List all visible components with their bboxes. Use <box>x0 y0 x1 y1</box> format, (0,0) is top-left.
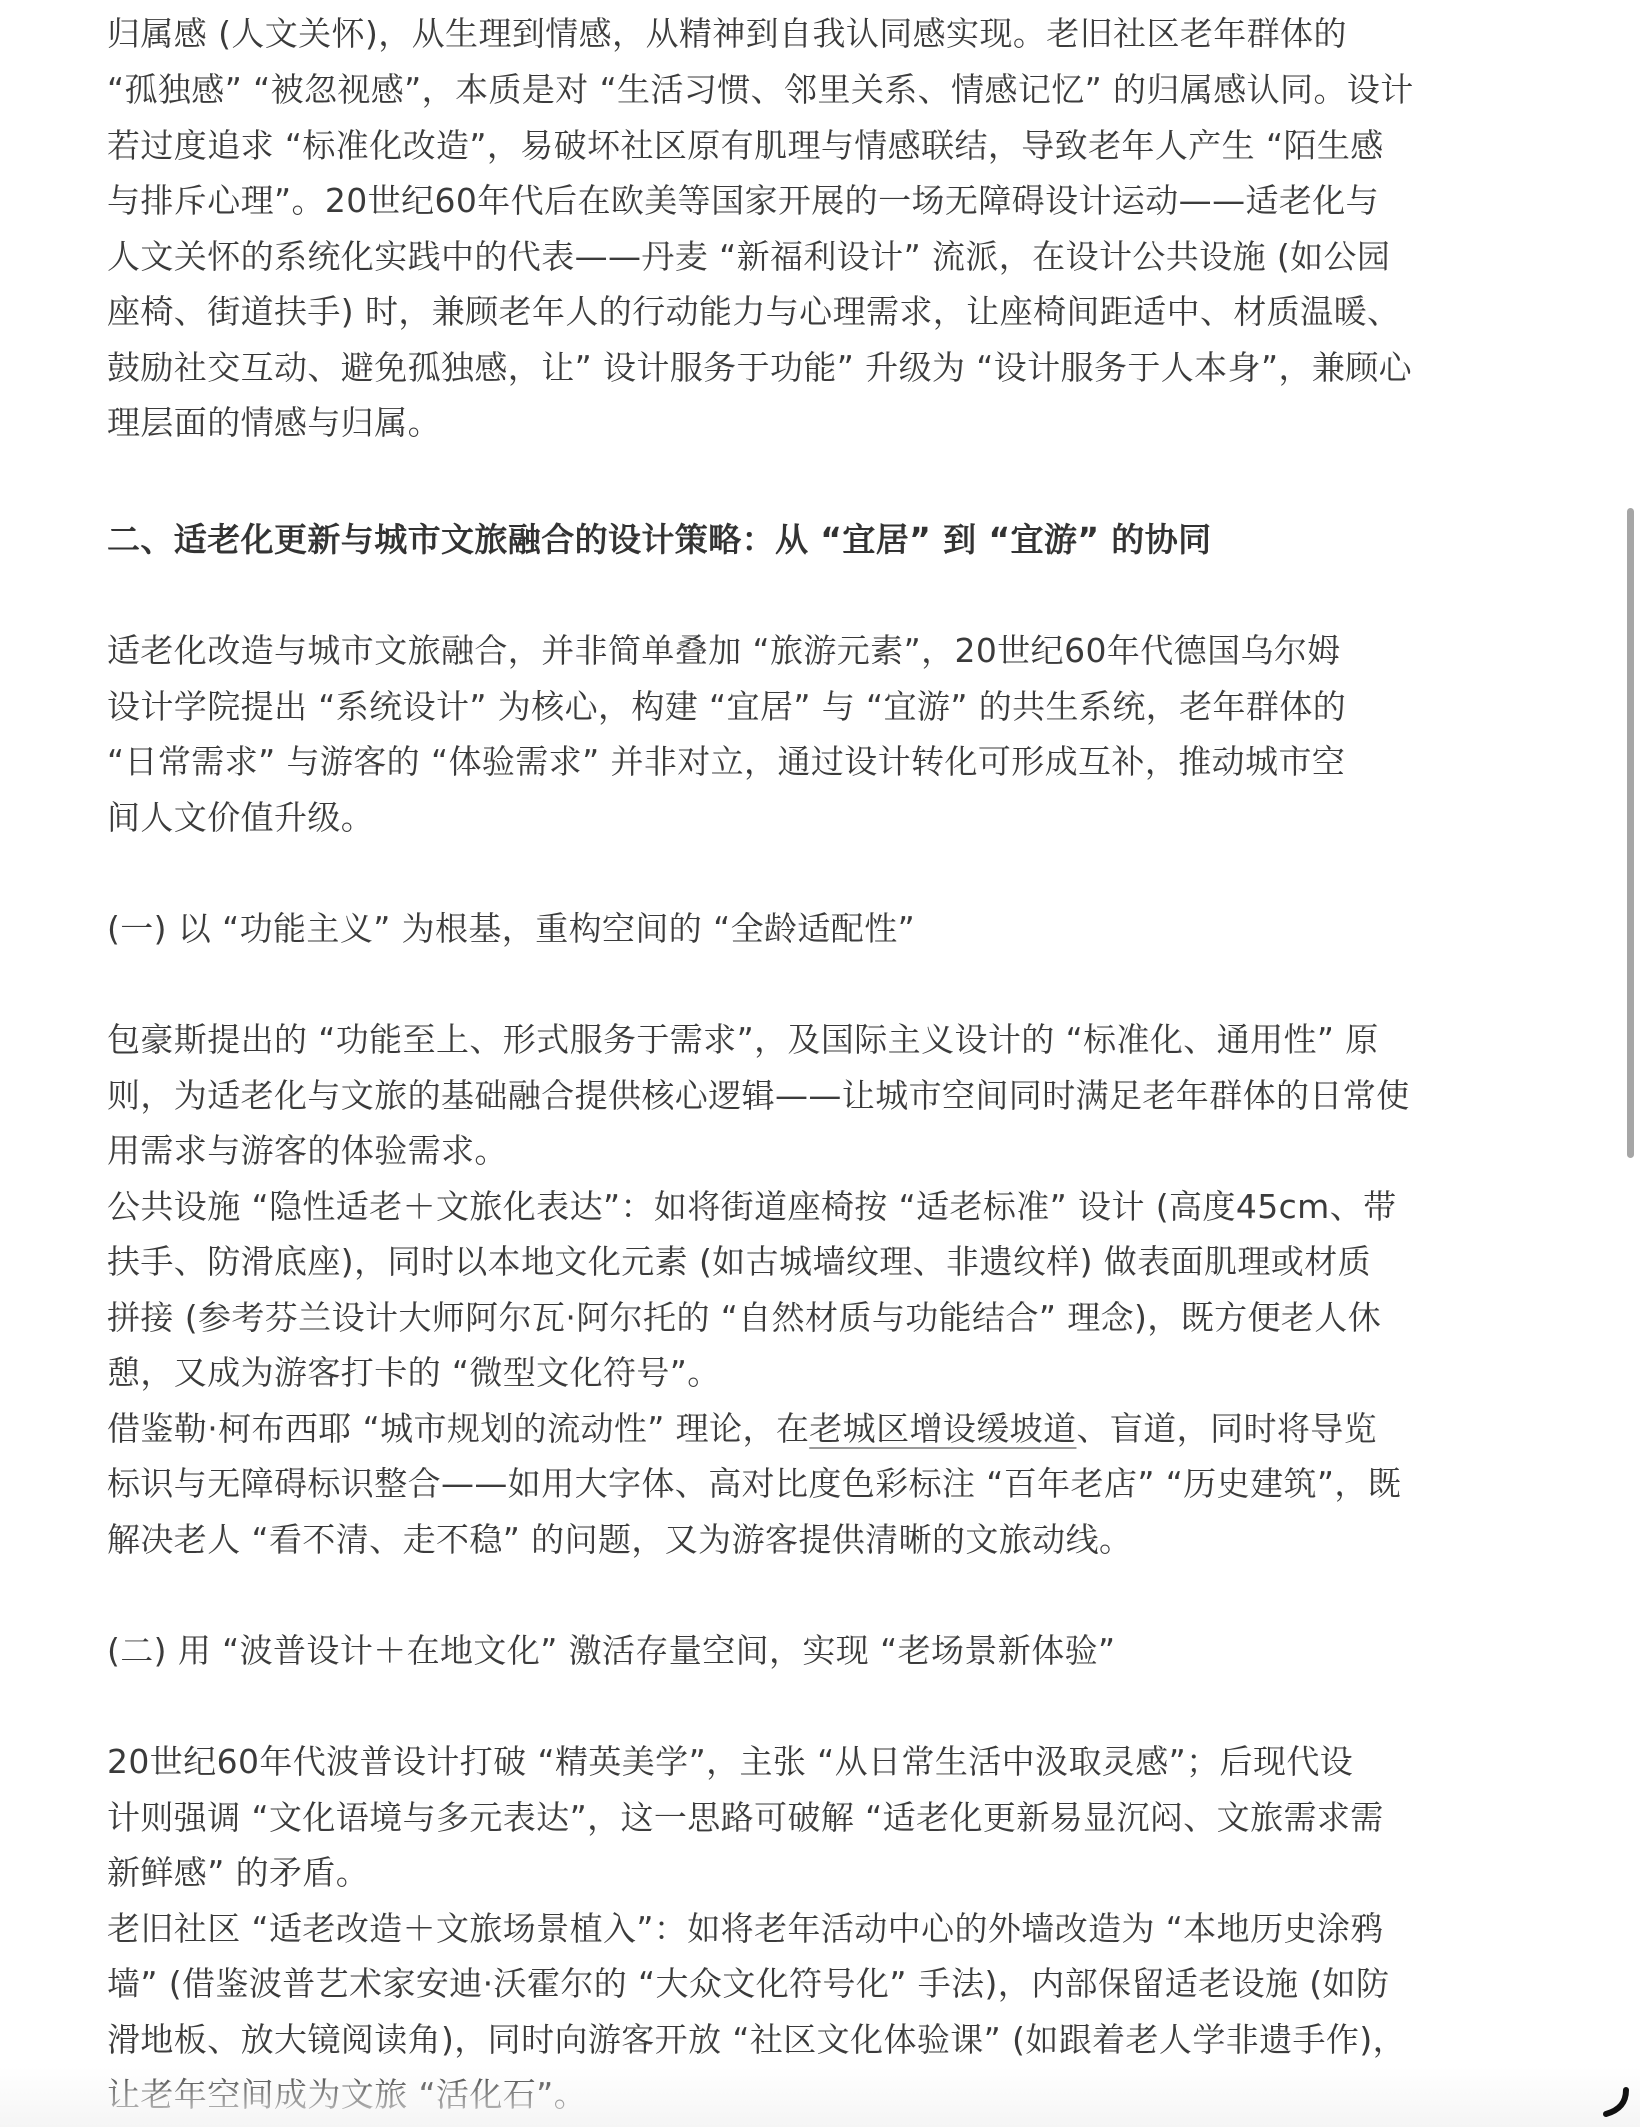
text-line: 理层面的情感与归属。 <box>107 395 441 451</box>
text-line: 扶手、防滑底座)，同时以本地文化元素 (如古城墙纹理、非遗纹样) 做表面肌理或材… <box>107 1234 1371 1290</box>
text-line: 公共设施 “隐性适老＋文旅化表达”：如将街道座椅按 “适老标准” 设计 (高度4… <box>107 1179 1397 1235</box>
subsection-heading: (一) 以 “功能主义” 为根基，重构空间的 “全龄适配性” <box>107 901 915 957</box>
text-line: 若过度追求 “标准化改造”，易破坏社区原有肌理与情感联结，导致老年人产生 “陌生… <box>107 118 1384 174</box>
text-line: 憩，又成为游客打卡的 “微型文化符号”。 <box>107 1345 721 1401</box>
text-line: 人文关怀的系统化实践中的代表——丹麦 “新福利设计” 流派，在设计公共设施 (如… <box>107 229 1390 285</box>
text-line: 用需求与游客的体验需求。 <box>107 1123 508 1179</box>
text-line: 新鲜感” 的矛盾。 <box>107 1845 369 1901</box>
vertical-scrollbar[interactable] <box>1627 508 1634 1158</box>
text-line: 墙” (借鉴波普艺术家安迪·沃霍尔的 “大众文化符号化” 手法)，内部保留适老设… <box>107 1956 1389 2012</box>
text-line: 则，为适老化与文旅的基础融合提供核心逻辑——让城市空间同时满足老年群体的日常使 <box>107 1068 1410 1124</box>
text-line: 包豪斯提出的 “功能至上、形式服务于需求”，及国际主义设计的 “标准化、通用性”… <box>107 1012 1379 1068</box>
text-line: 20世纪60年代波普设计打破 “精英美学”，主张 “从日常生活中汲取灵感”；后现… <box>107 1734 1353 1790</box>
inline-link-ramp[interactable]: 老城区增设缓坡道 <box>809 1409 1076 1448</box>
text-line: 解决老人 “看不清、走不稳” 的问题，又为游客提供清晰的文旅动线。 <box>107 1512 1132 1568</box>
text-line: 老旧社区 “适老改造＋文旅场景植入”：如将老年活动中心的外墙改造为 “本地历史涂… <box>107 1901 1384 1957</box>
text-line: 滑地板、放大镜阅读角)，同时向游客开放 “社区文化体验课” (如跟着老人学非遗手… <box>107 2012 1406 2068</box>
text-line: 计则强调 “文化语境与多元表达”，这一思路可破解 “适老化更新易显沉闷、文旅需求… <box>107 1790 1384 1846</box>
text-line: 与排斥心理”。20世纪60年代后在欧美等国家开展的一场无障碍设计运动——适老化与 <box>107 173 1379 229</box>
text-line: 标识与无障碍标识整合——如用大字体、高对比度色彩标注 “百年老店” “历史建筑”… <box>107 1456 1401 1512</box>
text-segment: 借鉴勒·柯布西耶 “城市规划的流动性” 理论，在 <box>107 1409 809 1448</box>
text-line: 座椅、街道扶手) 时，兼顾老年人的行动能力与心理需求，让座椅间距适中、材质温暖、 <box>107 284 1400 340</box>
text-line: “孤独感” “被忽视感”，本质是对 “生活习惯、邻里关系、情感记忆” 的归属感认… <box>107 62 1414 118</box>
text-segment: 、盲道，同时将导览 <box>1076 1409 1377 1448</box>
loading-arc-icon <box>1598 2084 1632 2118</box>
text-line: “日常需求” 与游客的 “体验需求” 并非对立，通过设计转化可形成互补，推动城市… <box>107 734 1345 790</box>
text-line: 间人文价值升级。 <box>107 790 374 846</box>
text-line: 适老化改造与城市文旅融合，并非简单叠加 “旅游元素”，20世纪60年代德国乌尔姆 <box>107 623 1341 679</box>
subsection-heading: (二) 用 “波普设计＋在地文化” 激活存量空间，实现 “老场景新体验” <box>107 1623 1116 1679</box>
text-line: 归属感 (人文关怀)，从生理到情感，从精神到自我认同感实现。老旧社区老年群体的 <box>107 6 1347 62</box>
text-line: 设计学院提出 “系统设计” 为核心，构建 “宜居” 与 “宜游” 的共生系统，老… <box>107 679 1346 735</box>
text-line: 拼接 (参考芬兰设计大师阿尔瓦·阿尔托的 “自然材质与功能结合” 理念)，既方便… <box>107 1290 1381 1346</box>
text-line-with-link: 借鉴勒·柯布西耶 “城市规划的流动性” 理论，在老城区增设缓坡道、盲道，同时将导… <box>107 1401 1377 1457</box>
text-line: 鼓励社交互动、避免孤独感，让” 设计服务于功能” 升级为 “设计服务于人本身”，… <box>107 340 1412 396</box>
text-line: 让老年空间成为文旅 “活化石”。 <box>107 2067 587 2123</box>
section-heading: 二、适老化更新与城市文旅融合的设计策略：从 “宜居” 到 “宜游” 的协同 <box>107 512 1212 568</box>
